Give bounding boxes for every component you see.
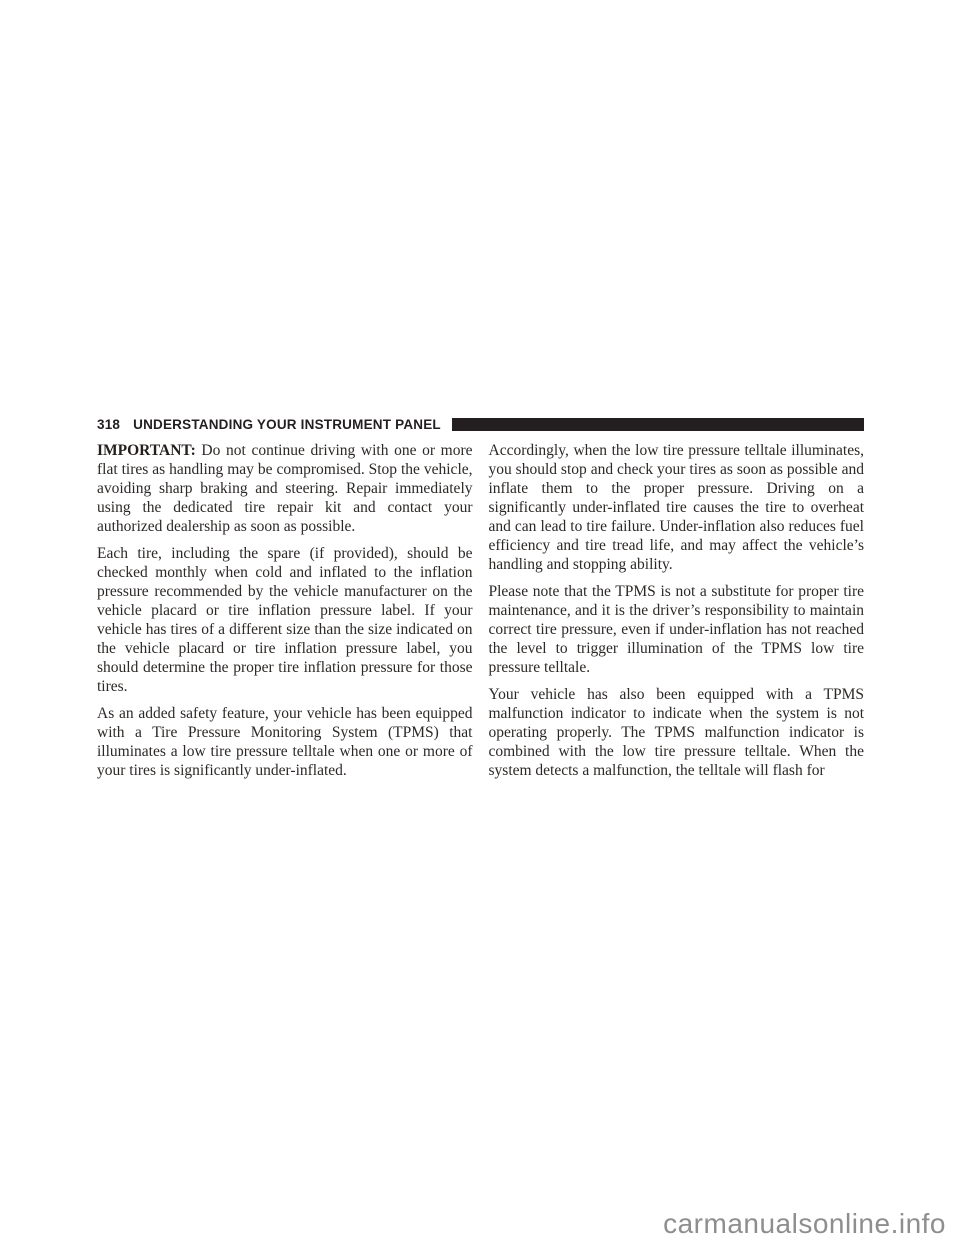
section-title: UNDERSTANDING YOUR INSTRUMENT PANEL <box>133 417 441 432</box>
paragraph-important: IMPORTANT: Do not continue driving with … <box>97 441 473 536</box>
paragraph-tpms-substitute: Please note that the TPMS is not a subst… <box>489 582 865 677</box>
paragraph-tpms-intro: As an added safety feature, your vehicle… <box>97 704 473 780</box>
paragraph-malfunction-indicator: Your vehicle has also been equipped with… <box>489 685 865 780</box>
paragraph-tire-check: Each tire, including the spare (if provi… <box>97 544 473 696</box>
important-label: IMPORTANT: <box>97 442 196 459</box>
two-column-text: IMPORTANT: Do not continue driving with … <box>97 441 864 780</box>
paragraph-telltale-action: Accordingly, when the low tire pressure … <box>489 441 865 574</box>
header-rule-bar <box>452 418 864 431</box>
section-header: 318 UNDERSTANDING YOUR INSTRUMENT PANEL <box>97 417 864 432</box>
manual-page: 318 UNDERSTANDING YOUR INSTRUMENT PANEL … <box>0 0 960 1242</box>
right-column: Accordingly, when the low tire pressure … <box>489 441 865 780</box>
page-content: 318 UNDERSTANDING YOUR INSTRUMENT PANEL … <box>97 417 864 780</box>
watermark-carmanualsonline: carmanualsonline.info <box>663 1209 946 1239</box>
page-number: 318 <box>97 417 120 432</box>
left-column: IMPORTANT: Do not continue driving with … <box>97 441 473 780</box>
